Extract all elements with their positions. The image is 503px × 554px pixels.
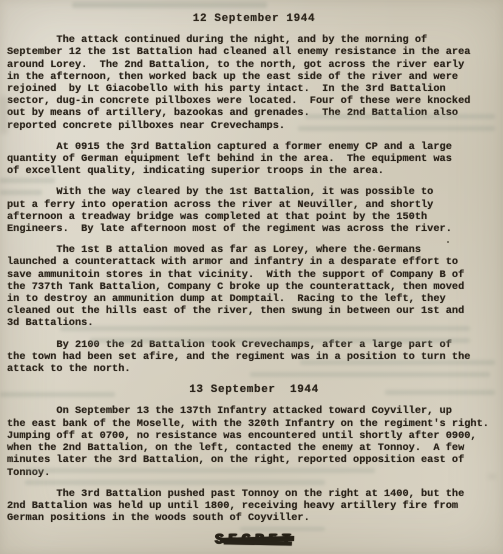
date-heading-12-september: 12 September 1944 (7, 13, 501, 25)
bleed-through-mark (0, 178, 55, 183)
classification-stamp-row: SECRET (7, 533, 501, 547)
paragraph-captured-cp: At 0915 the 3rd Battalion captured a for… (7, 141, 501, 178)
secret-stamp-crossed-out: SECRET (211, 533, 296, 547)
paragraph-counterattack-lorey: The 1st B attalion moved as far as Lorey… (7, 244, 501, 329)
paragraph-crevechamps-taken: By 2100 the 2d Battalion took Crevechamp… (7, 339, 501, 376)
bleed-through-mark (240, 527, 325, 531)
ink-speck (447, 241, 449, 243)
paragraph-attack-continued: The attack continued during the night, a… (7, 34, 501, 132)
paragraph-ferry-bridge: With the way cleared by the 1st Battalio… (7, 186, 501, 235)
paragraph-attack-toward-coyviller: On September 13 the 137th Infantry attac… (7, 405, 501, 478)
scanned-document-page: 12 September 1944 The attack continued d… (0, 0, 503, 554)
bleed-through-mark (72, 2, 267, 8)
date-heading-13-september: 13 September 1944 (7, 384, 501, 396)
bleed-through-mark (25, 480, 325, 485)
paragraph-pushed-past-tonnoy: The 3rd Battalion pushed past Tonnoy on … (7, 488, 501, 525)
